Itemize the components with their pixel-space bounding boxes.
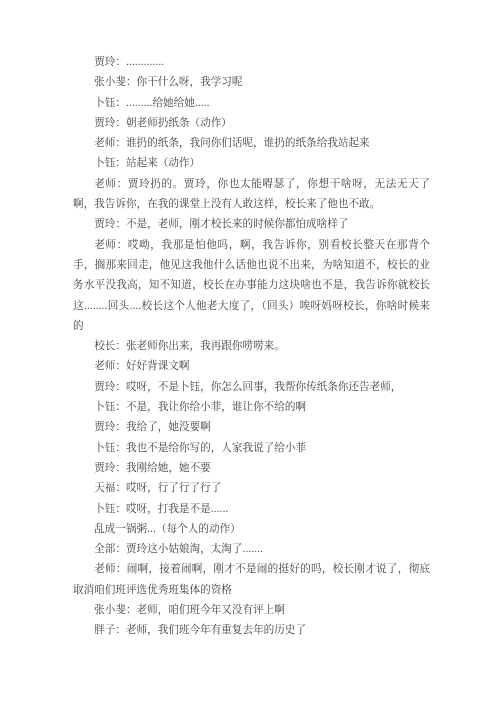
script-paragraph: 贾玲：我给了，她没要啊 [73, 417, 430, 437]
script-paragraph: 卜钰：.........给她给她..... [73, 93, 430, 113]
script-paragraph: 张小斐：老师，咱们班今年又没有评上啊 [73, 600, 430, 620]
script-paragraph: 天福：哎呀，行了行了行了 [73, 478, 430, 498]
script-paragraph: 全部：贾玲这小姑娘淘，太淘了....... [73, 539, 430, 559]
script-paragraph: 老师：好好背课文啊 [73, 356, 430, 376]
script-paragraph: 张小斐：你干什么呀，我学习呢 [73, 72, 430, 92]
script-paragraph: 校长：张老师你出来，我再跟你唠唠来。 [73, 336, 430, 356]
script-paragraph: 卜钰：不是，我让你给小菲，谁让你不给的啊 [73, 397, 430, 417]
script-paragraph: 贾玲：............. [73, 52, 430, 72]
script-paragraph: 胖子：老师，我们班今年有重复去年的历史了 [73, 620, 430, 640]
script-paragraph: 卜钰：我也不是给你写的，人家我说了给小菲 [73, 438, 430, 458]
script-paragraph: 老师：贾玲扔的。贾玲，你也太能嘚瑟了，你想干啥呀，无法无天了啊，我告诉你，在我的… [73, 174, 430, 215]
script-paragraph: 贾玲：不是，老师，刚才校长来的时候你都怕成啥样了 [73, 214, 430, 234]
script-paragraph: 贾玲：朝老师扔纸条（动作） [73, 113, 430, 133]
script-paragraph: 老师：谁扔的纸条，我问你们话呢，谁扔的纸条给我站起来 [73, 133, 430, 153]
script-paragraph: 贾玲：我刚给她，她不要 [73, 458, 430, 478]
script-paragraph: 老师：闹啊，接着闹啊，刚才不是闹的挺好的吗，校长刚才说了，彻底取消咱们班评选优秀… [73, 559, 430, 600]
page: { "page": { "background_color": "#ffffff… [0, 0, 500, 707]
script-paragraph: 乱成一锅粥...（每个人的动作） [73, 519, 430, 539]
script-document: 贾玲：............. 张小斐：你干什么呀，我学习呢 卜钰：.....… [73, 0, 430, 641]
script-paragraph: 老师：哎呦，我那是怕他吗，啊，我告诉你，别看校长整天在那背个手，搁那来回走，他见… [73, 235, 430, 336]
script-paragraph: 卜钰：哎呀，打我是不是...... [73, 499, 430, 519]
script-paragraph: 卜钰：站起来（动作） [73, 153, 430, 173]
script-paragraph: 贾玲：哎呀，不是卜钰，你怎么回事，我帮你传纸条你还告老师， [73, 377, 430, 397]
